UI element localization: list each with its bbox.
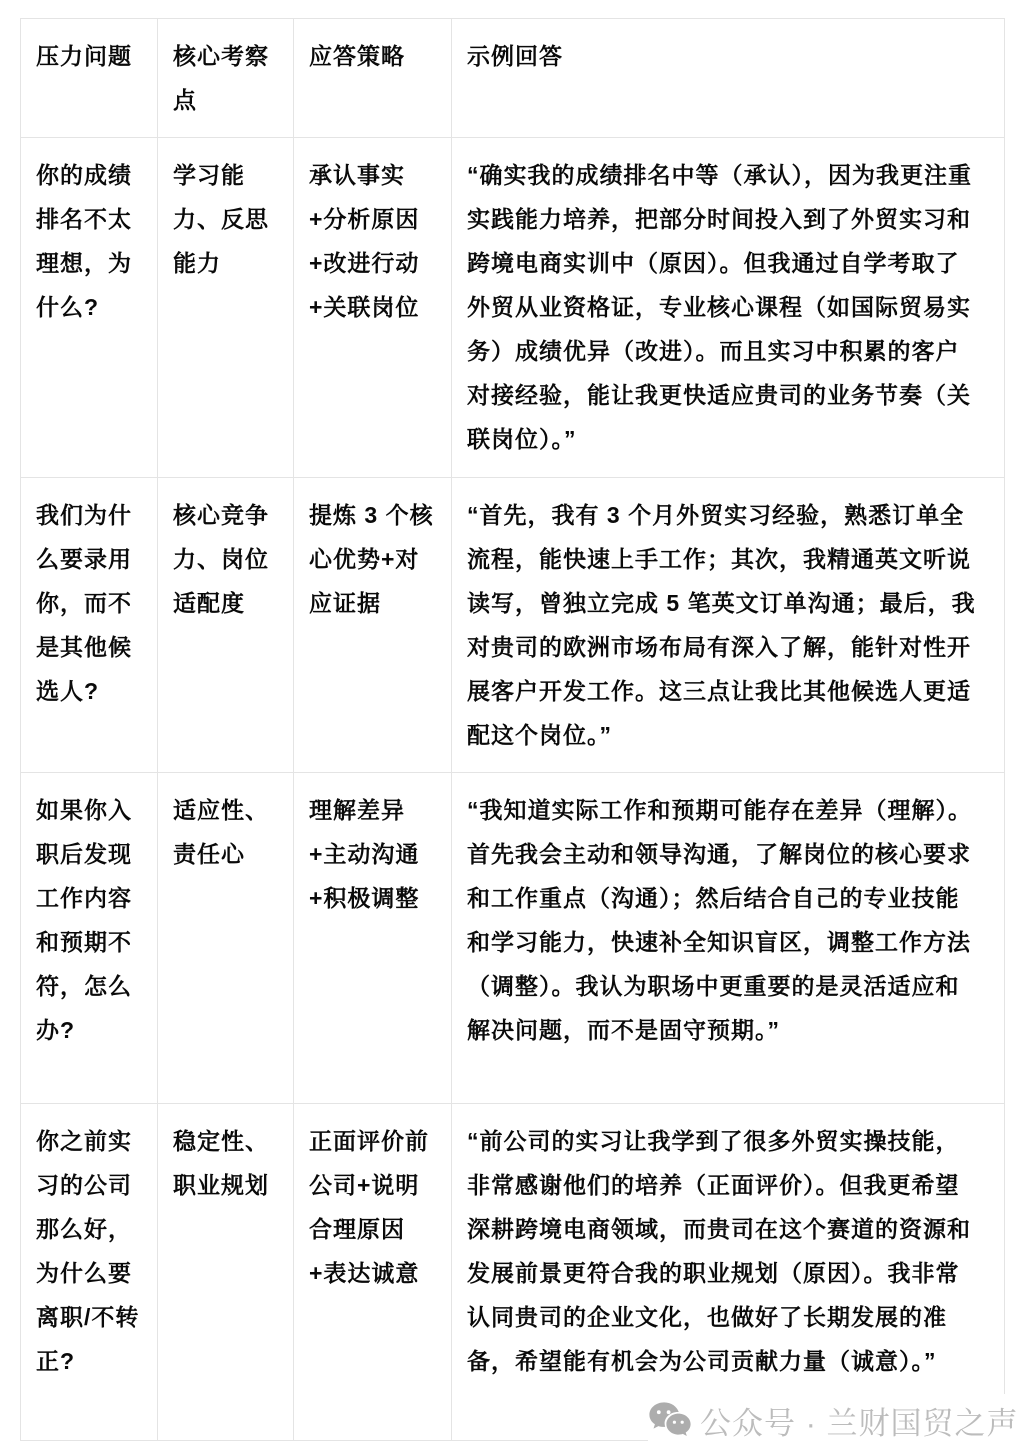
cell-question: 你之前实习的公司那么好，为什么要离职/不转正?	[21, 1104, 158, 1441]
cell-strategy: 理解差异+主动沟通+积极调整	[294, 773, 452, 1104]
table-row: 如果你入职后发现工作内容和预期不符，怎么办? 适应性、责任心 理解差异+主动沟通…	[21, 773, 1005, 1104]
wechat-icon	[648, 1400, 692, 1440]
cell-strategy: 正面评价前公司+说明合理原因+表达诚意	[294, 1104, 452, 1441]
col-header-question: 压力问题	[21, 19, 158, 138]
cell-example: “前公司的实习让我学到了很多外贸实操技能，非常感谢他们的培养（正面评价）。但我更…	[452, 1104, 1005, 1441]
cell-example: “首先，我有 3 个月外贸实习经验，熟悉订单全流程，能快速上手工作；其次，我精通…	[452, 478, 1005, 773]
cell-example: “我知道实际工作和预期可能存在差异（理解）。首先我会主动和领导沟通，了解岗位的核…	[452, 773, 1005, 1104]
watermark: 公众号 · 兰财国贸之声	[648, 1394, 1008, 1446]
table-header-row: 压力问题 核心考察点 应答策略 示例回答	[21, 19, 1005, 138]
cell-focus: 学习能力、反思能力	[158, 138, 294, 478]
table-row: 你的成绩排名不太理想，为什么? 学习能力、反思能力 承认事实+分析原因+改进行动…	[21, 138, 1005, 478]
cell-strategy: 提炼 3 个核心优势+对应证据	[294, 478, 452, 773]
watermark-text: 公众号 · 兰财国贸之声	[700, 1398, 1019, 1443]
col-header-example: 示例回答	[452, 19, 1005, 138]
cell-question: 你的成绩排名不太理想，为什么?	[21, 138, 158, 478]
col-header-focus: 核心考察点	[158, 19, 294, 138]
article-page: 压力问题 核心考察点 应答策略 示例回答 你的成绩排名不太理想，为什么? 学习能…	[0, 0, 1024, 1456]
cell-question: 我们为什么要录用你，而不是其他候选人?	[21, 478, 158, 773]
cell-strategy: 承认事实+分析原因+改进行动+关联岗位	[294, 138, 452, 478]
cell-focus: 核心竞争力、岗位适配度	[158, 478, 294, 773]
cell-example: “确实我的成绩排名中等（承认），因为我更注重实践能力培养，把部分时间投入到了外贸…	[452, 138, 1005, 478]
cell-question: 如果你入职后发现工作内容和预期不符，怎么办?	[21, 773, 158, 1104]
table-row: 我们为什么要录用你，而不是其他候选人? 核心竞争力、岗位适配度 提炼 3 个核心…	[21, 478, 1005, 773]
cell-focus: 稳定性、职业规划	[158, 1104, 294, 1441]
col-header-strategy: 应答策略	[294, 19, 452, 138]
cell-focus: 适应性、责任心	[158, 773, 294, 1104]
stress-question-table: 压力问题 核心考察点 应答策略 示例回答 你的成绩排名不太理想，为什么? 学习能…	[20, 18, 1005, 1441]
table-row: 你之前实习的公司那么好，为什么要离职/不转正? 稳定性、职业规划 正面评价前公司…	[21, 1104, 1005, 1441]
